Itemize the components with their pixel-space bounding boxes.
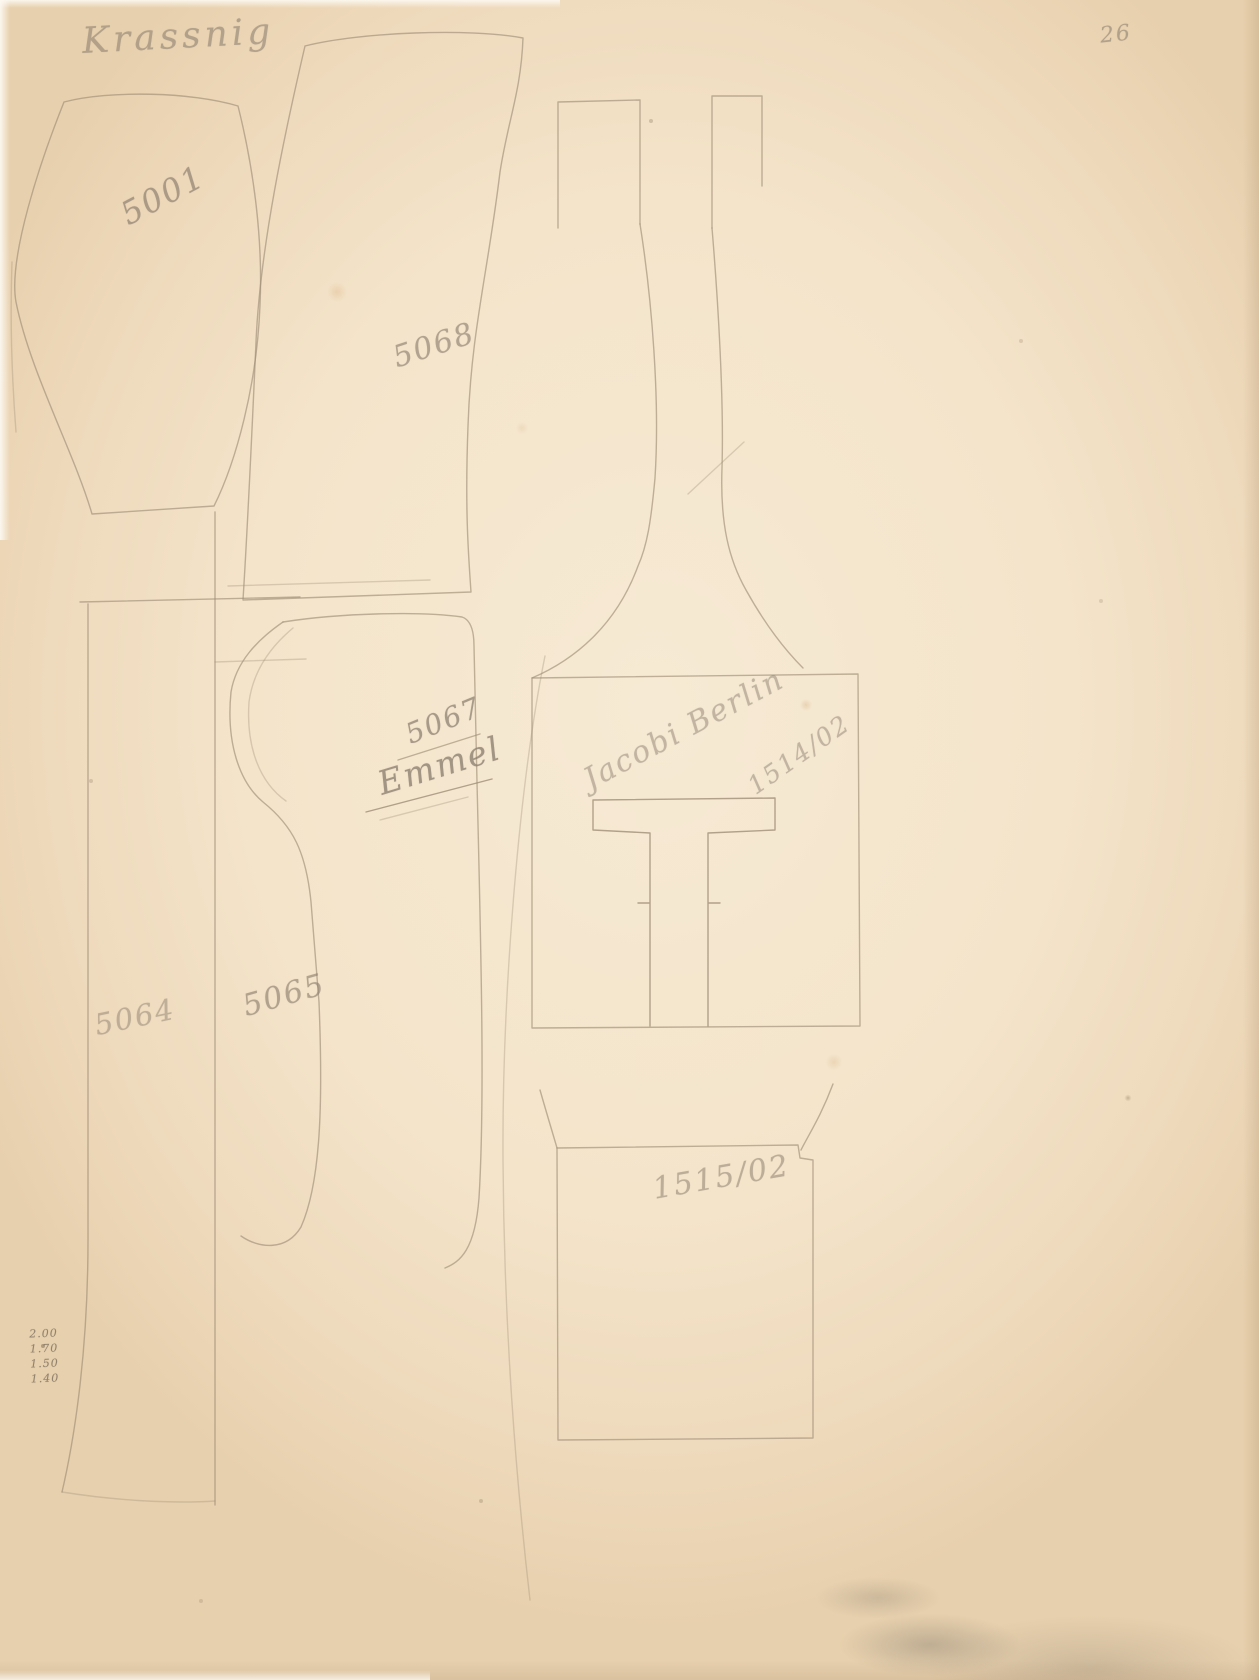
sketch-rail-profile-lower [540,1084,833,1440]
sketch-template-5068 [228,32,523,600]
sketch-template-5001 [11,94,260,514]
measurement-line: 1.40 [31,1370,60,1386]
measurement-line: 1.50 [30,1356,59,1372]
measurement-notes: 2.00 1.70 1.50 1.40 [29,1326,60,1387]
page-number: 26 [1099,20,1133,48]
scanned-sheet: Krassnig 26 5001 5068 5067 Emmel Jacobi … [0,0,1259,1680]
sketch-rail-profile-upper [503,96,860,1600]
pencil-sketches [0,0,1259,1680]
measurement-line: 2.00 [29,1326,58,1342]
measurement-line: 1.70 [29,1341,58,1357]
